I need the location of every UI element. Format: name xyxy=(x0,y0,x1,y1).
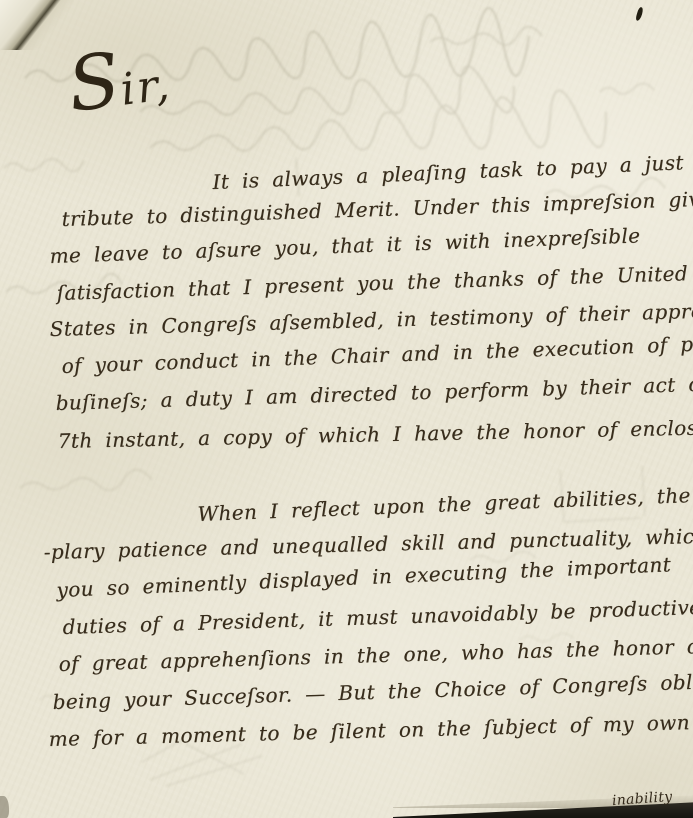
letter-line: me for a moment to be ſilent on the ſubj… xyxy=(48,710,690,751)
edge-speck xyxy=(0,796,9,818)
letter-line: ſatisfaction that I present you the than… xyxy=(56,261,688,305)
letter-line: When I reflect upon the great abilities,… xyxy=(197,480,693,526)
letter-line: buſineſs; a duty I am directed to perfor… xyxy=(55,370,693,415)
manuscript-page: Sir, It is always a pleaſing task to pay… xyxy=(0,0,693,818)
letter-line: me leave to aſsure you, that it is with … xyxy=(49,223,641,268)
letter-line: duties of a President, it must unavoidab… xyxy=(62,595,693,639)
ink-speck xyxy=(635,7,644,22)
salutation: Sir, xyxy=(63,30,174,129)
letter-line: 7th instant, a copy of which I have the … xyxy=(57,415,693,453)
letter-line: of great apprehenſions in the one, who h… xyxy=(58,634,693,676)
letter-line: being your Succeſsor. — But the Choice o… xyxy=(52,669,693,714)
letter-line: It is always a pleaſing task to pay a ju… xyxy=(212,150,684,194)
